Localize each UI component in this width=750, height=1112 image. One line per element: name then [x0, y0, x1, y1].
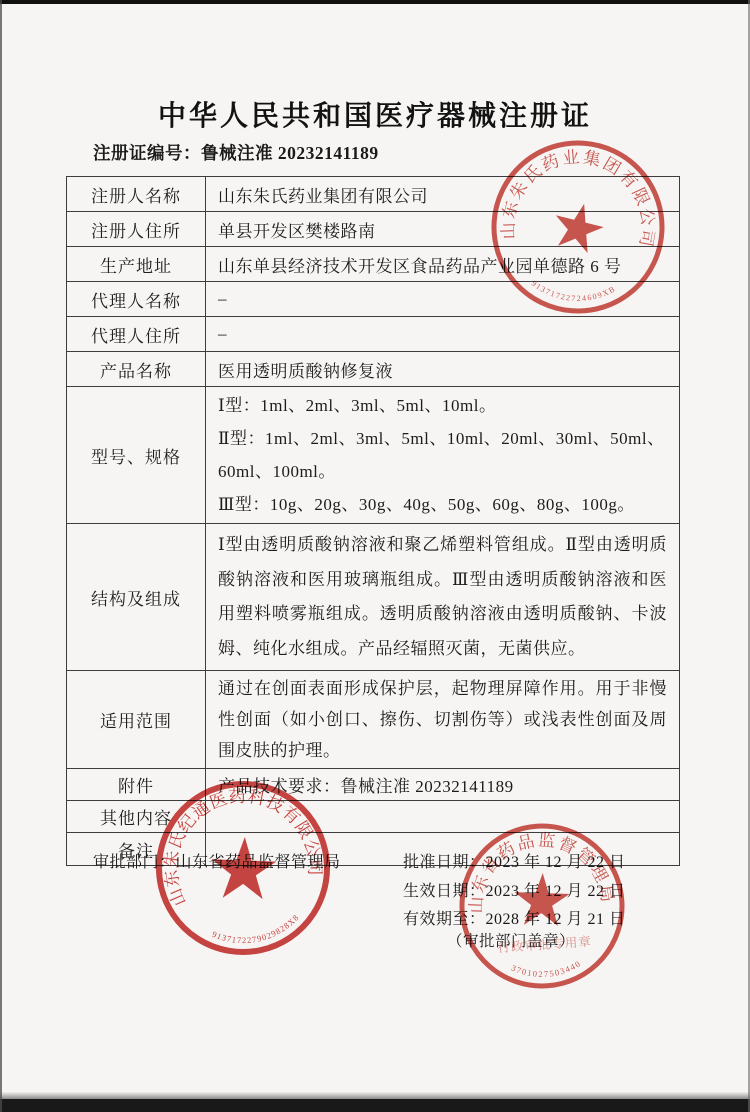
row-label: 代理人住所	[67, 317, 206, 352]
row-value: –	[206, 282, 680, 317]
certificate-table: 注册人名称山东朱氏药业集团有限公司 注册人住所单县开发区樊楼路南 生产地址山东单…	[66, 176, 680, 866]
table-row: 型号、规格Ⅰ型：1ml、2ml、3ml、5ml、10ml。 Ⅱ型：1ml、2ml…	[67, 387, 680, 524]
table-row: 其他内容	[67, 801, 680, 833]
expiry-date-label: 有效期至：	[403, 911, 486, 928]
row-label: 型号、规格	[67, 387, 206, 524]
row-label: 产品名称	[67, 352, 206, 387]
row-label: 注册人名称	[67, 177, 206, 212]
certificate-photo: { "doc": { "title": "中华人民共和国医疗器械注册证", "c…	[0, 0, 750, 1112]
seal-note: （审批部门盖章）	[447, 929, 575, 951]
row-value: –	[206, 317, 680, 352]
row-value: 通过在创面表面形成保护层，起物理屏障作用。用于非慢性创面（如小创口、擦伤、切割伤…	[206, 671, 680, 769]
photo-edge-left	[0, 0, 2, 1112]
row-value: 产品技术要求：鲁械注准 20232141189	[206, 769, 680, 801]
row-value: 山东朱氏药业集团有限公司	[206, 177, 680, 212]
effective-date-label: 生效日期：	[403, 883, 486, 900]
approval-dept-label: 审批部门：	[93, 854, 176, 871]
row-label: 注册人住所	[67, 212, 206, 247]
row-label: 生产地址	[67, 247, 206, 282]
table-row: 附件产品技术要求：鲁械注准 20232141189	[67, 769, 680, 801]
row-label: 附件	[67, 769, 206, 801]
row-label: 其他内容	[67, 801, 206, 833]
table-row: 注册人名称山东朱氏药业集团有限公司	[67, 177, 680, 212]
photo-edge-top	[0, 0, 750, 4]
row-value: 医用透明质酸钠修复液	[206, 352, 680, 387]
effective-date-line: 生效日期：2023 年 12 月 22 日	[403, 878, 626, 901]
effective-date-value: 2023 年 12 月 22 日	[486, 883, 626, 900]
row-value: Ⅰ型由透明质酸钠溶液和聚乙烯塑料管组成。Ⅱ型由透明质酸钠溶液和医用玻璃瓶组成。Ⅲ…	[206, 524, 680, 671]
table-row: 注册人住所单县开发区樊楼路南	[67, 212, 680, 247]
photo-edge-bottom-shadow	[0, 1092, 750, 1099]
row-value: 单县开发区樊楼路南	[206, 212, 680, 247]
cert-number-label: 注册证编号：	[93, 143, 201, 163]
seal-code-text: 3701027503440	[509, 958, 584, 982]
approval-dept-line: 审批部门：山东省药品监督管理局	[93, 849, 341, 872]
table-row: 产品名称医用透明质酸钠修复液	[67, 352, 680, 387]
approval-dept-value: 山东省药品监督管理局	[176, 854, 341, 871]
row-label: 代理人名称	[67, 282, 206, 317]
row-label: 结构及组成	[67, 524, 206, 671]
table-row: 结构及组成Ⅰ型由透明质酸钠溶液和聚乙烯塑料管组成。Ⅱ型由透明质酸钠溶液和医用玻璃…	[67, 524, 680, 671]
svg-text:9137172279029828X8: 9137172279029828X8	[209, 911, 304, 953]
seal-code-text: 9137172279029828X8	[209, 911, 304, 953]
cert-number-line: 注册证编号：鲁械注准 20232141189	[93, 140, 379, 165]
row-value: Ⅰ型：1ml、2ml、3ml、5ml、10ml。 Ⅱ型：1ml、2ml、3ml、…	[206, 387, 680, 524]
table-row: 代理人名称–	[67, 282, 680, 317]
cert-number-value: 鲁械注准 20232141189	[201, 143, 379, 163]
approval-date-label: 批准日期：	[403, 854, 486, 871]
table-row: 代理人住所–	[67, 317, 680, 352]
table-row: 生产地址山东单县经济技术开发区食品药品产业园单德路 6 号	[67, 247, 680, 282]
page-title: 中华人民共和国医疗器械注册证	[0, 94, 750, 134]
expiry-date-value: 2028 年 12 月 21 日	[486, 911, 626, 928]
row-value	[206, 801, 680, 833]
photo-edge-bottom	[0, 1099, 750, 1112]
approval-date-line: 批准日期：2023 年 12 月 22 日	[403, 849, 626, 872]
row-label: 适用范围	[67, 671, 206, 769]
svg-text:3701027503440: 3701027503440	[509, 958, 584, 982]
expiry-date-line: 有效期至：2028 年 12 月 21 日	[403, 906, 626, 929]
row-value: 山东单县经济技术开发区食品药品产业园单德路 6 号	[206, 247, 680, 282]
table-row: 适用范围通过在创面表面形成保护层，起物理屏障作用。用于非慢性创面（如小创口、擦伤…	[67, 671, 680, 769]
approval-date-value: 2023 年 12 月 22 日	[486, 854, 626, 871]
